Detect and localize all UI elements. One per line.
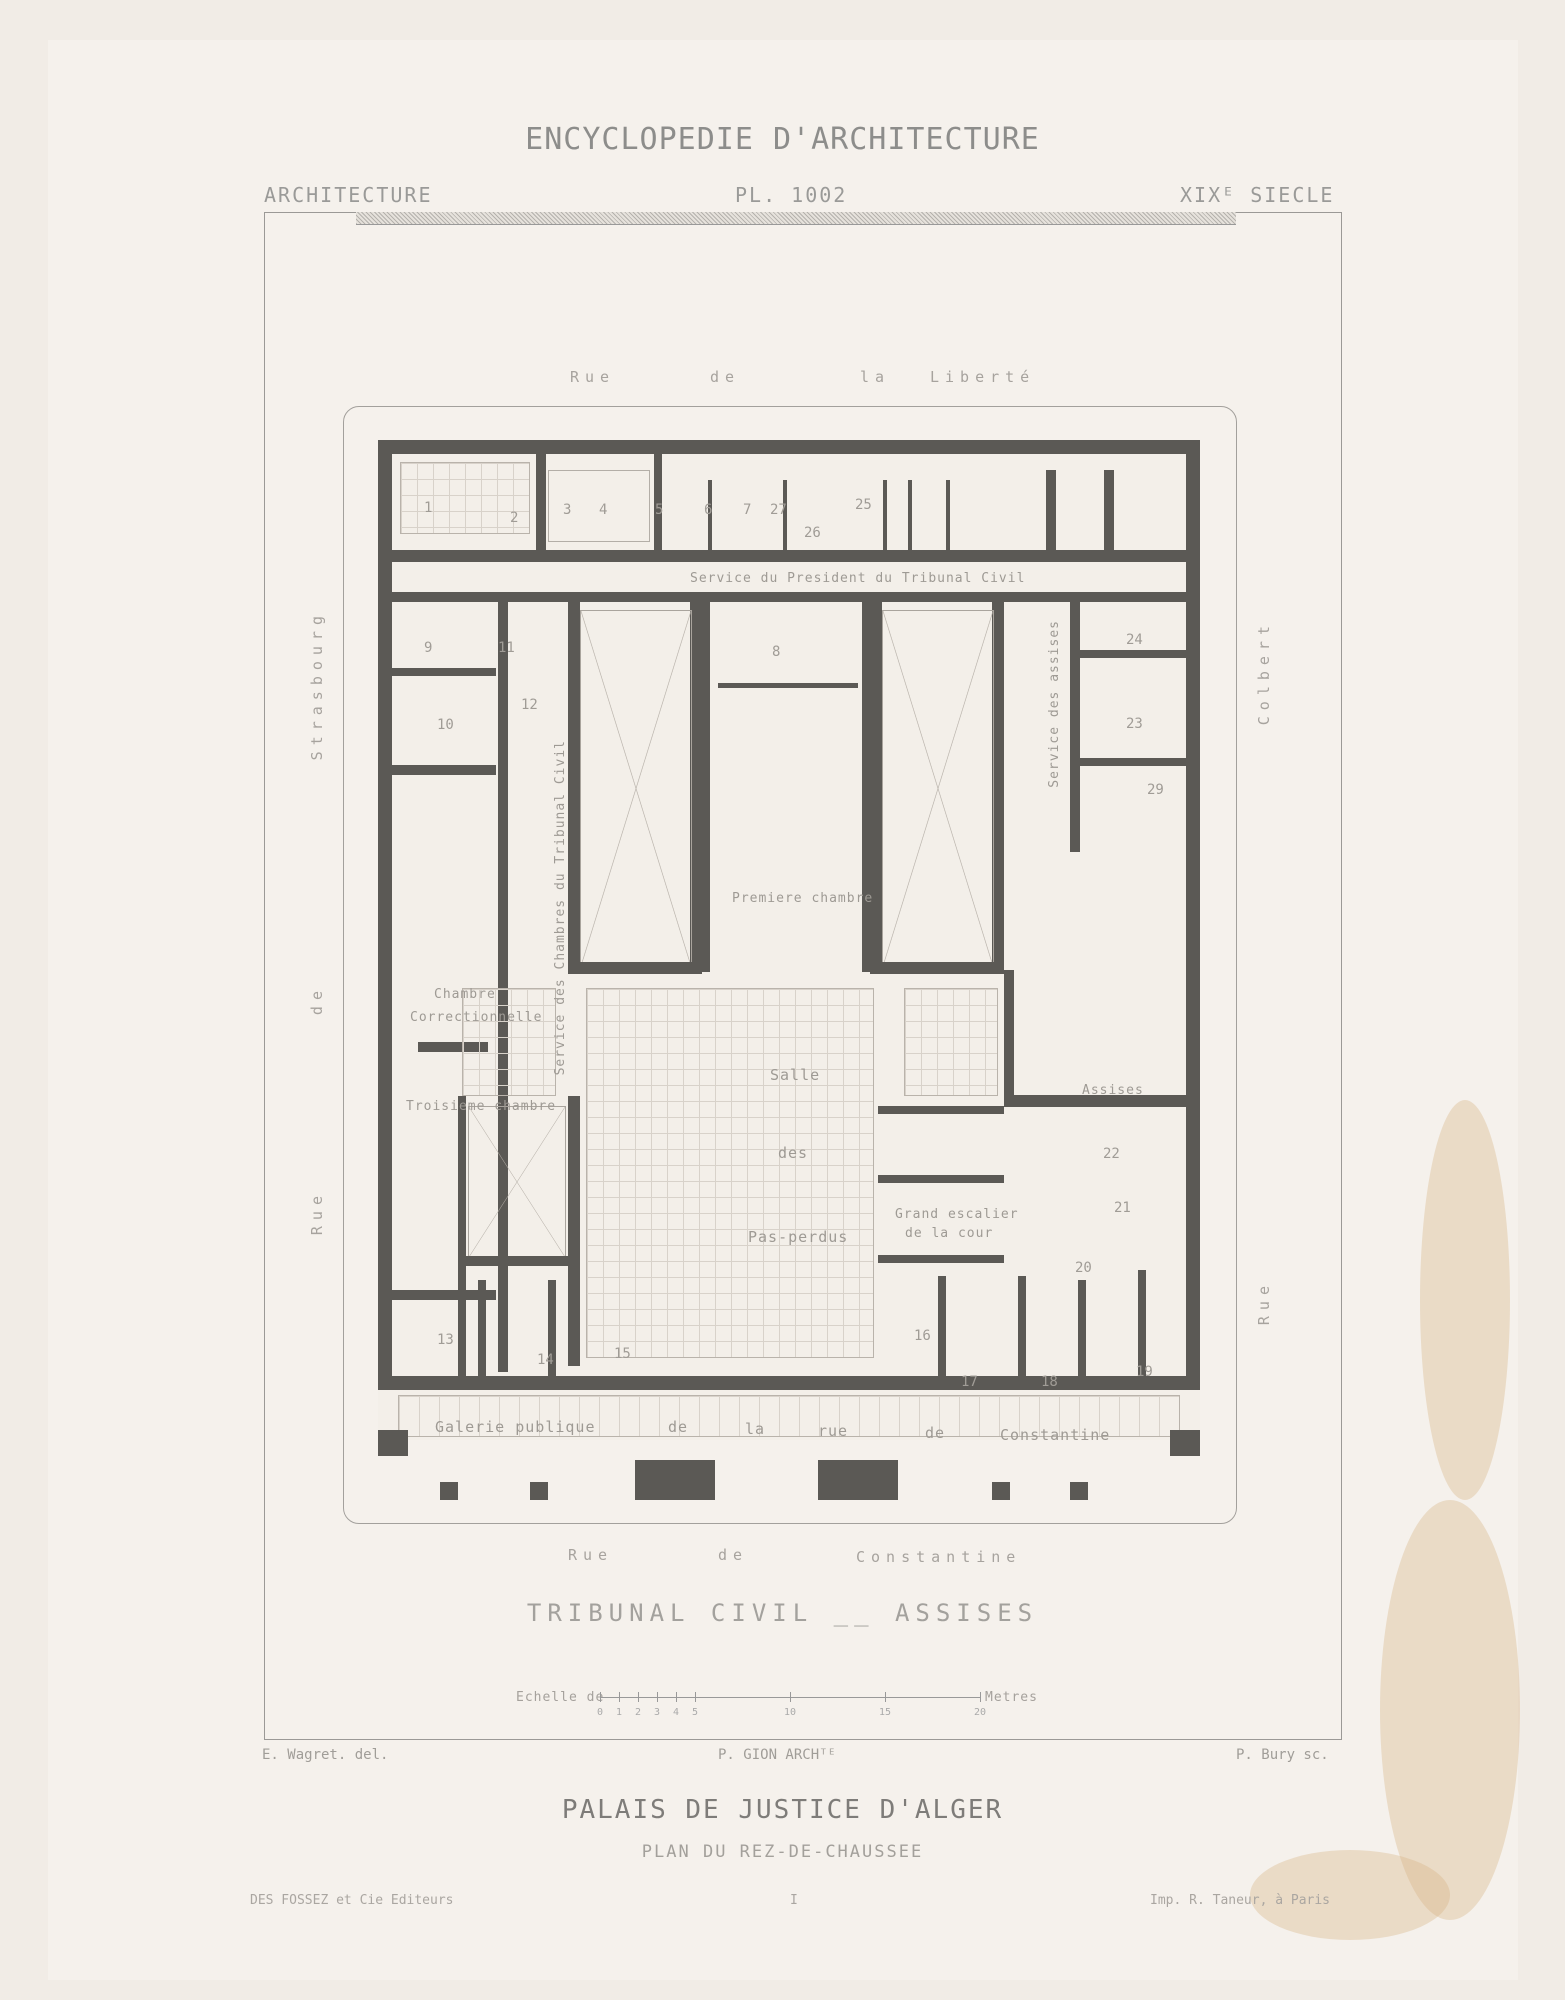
room-number: 17 [961, 1374, 978, 1390]
stair-label-1: Grand escalier [895, 1207, 1019, 1222]
room-number: 5 [655, 502, 663, 518]
room-number: 26 [804, 525, 821, 541]
room-number: 16 [914, 1328, 931, 1344]
room-number: 8 [772, 644, 780, 660]
gallery-label-3: la [745, 1420, 765, 1438]
printer: Imp. R. Taneur, à Paris [1150, 1893, 1330, 1908]
scale-tick: 4 [673, 1707, 679, 1718]
scale-tick: 1 [616, 1707, 622, 1718]
gallery-label-2: de [668, 1418, 688, 1436]
corridor-north-label: Service du President du Tribunal Civil [690, 571, 1025, 586]
credit-draftsman: E. Wagret. del. [262, 1747, 388, 1763]
room-number: 14 [537, 1352, 554, 1368]
street-south-3: Constantine [856, 1548, 1021, 1566]
gallery-label-5: de [925, 1424, 945, 1442]
porch-left [635, 1460, 715, 1500]
gallery-label-6: Constantine [1000, 1426, 1110, 1444]
scale-label: Echelle de [516, 1690, 604, 1705]
corridor-east-label: Service des assises [1047, 620, 1062, 788]
section-label: ARCHITECTURE [264, 183, 433, 207]
publication-title: ENCYCLOPEDIE D'ARCHITECTURE [0, 122, 1565, 157]
room-number: 12 [521, 697, 538, 713]
street-east-2: Colbert [1255, 620, 1273, 725]
porch-right [818, 1460, 898, 1500]
century-label: XIXᴱ SIECLE [1180, 183, 1334, 207]
room-number: 7 [743, 502, 751, 518]
street-north-4: Liberté [930, 368, 1035, 386]
stair-label-2: de la cour [905, 1226, 993, 1241]
room-number: 21 [1114, 1200, 1131, 1216]
room-assises: Assises [1082, 1083, 1144, 1098]
gallery-label-1: Galerie publique [435, 1418, 596, 1436]
street-west-1: Rue [308, 1190, 326, 1235]
room-number: 20 [1075, 1260, 1092, 1276]
room-number: 25 [855, 497, 872, 513]
street-south-1: Rue [568, 1546, 613, 1564]
sheet-mark: I [790, 1893, 798, 1908]
room-number: 22 [1103, 1146, 1120, 1162]
street-south-2: de [718, 1546, 748, 1564]
plan-title: PLAN DU REZ-DE-CHAUSSEE [0, 1842, 1565, 1862]
room-number: 29 [1147, 782, 1164, 798]
scale-tick: 5 [692, 1707, 698, 1718]
room-number: 1 [424, 500, 432, 516]
street-east-1: Rue [1255, 1280, 1273, 1325]
plan-subtitle: TRIBUNAL CIVIL __ ASSISES [0, 1599, 1565, 1627]
room-number: 6 [704, 502, 712, 518]
plate-number: PL. 1002 [735, 183, 847, 207]
hatched-band [356, 212, 1236, 225]
scale-tick: 0 [597, 1707, 603, 1718]
pier [1170, 1430, 1200, 1456]
salle-label-3: Pas-perdus [748, 1228, 848, 1246]
room-number: 15 [614, 1346, 631, 1362]
room-number: 18 [1041, 1374, 1058, 1390]
street-north-1: Rue [570, 368, 615, 386]
scale-tick: 3 [654, 1707, 660, 1718]
street-west-3: Strasbourg [308, 610, 326, 760]
pier [530, 1482, 548, 1500]
room-premiere-chambre: Premiere chambre [732, 891, 873, 906]
scale-bar: 0 1 2 3 4 5 10 15 20 [600, 1697, 980, 1698]
room-number: 9 [424, 640, 432, 656]
floor-plan [378, 440, 1200, 1440]
street-north-2: de [710, 368, 740, 386]
room-number: 11 [498, 640, 515, 656]
scale-tick: 20 [974, 1707, 986, 1718]
salle-label-1: Salle [770, 1066, 820, 1084]
scale-tick: 2 [635, 1707, 641, 1718]
salle-label-2: des [778, 1144, 808, 1162]
room-number: 3 [563, 502, 571, 518]
credit-architect: P. GION ARCHᵀᴱ [718, 1747, 836, 1763]
scale-tick: 15 [879, 1707, 891, 1718]
pier [378, 1430, 408, 1456]
main-title: PALAIS DE JUSTICE D'ALGER [0, 1795, 1565, 1825]
street-west-2: de [308, 985, 326, 1015]
room-number: 24 [1126, 632, 1143, 648]
room-number: 2 [510, 510, 518, 526]
pier [440, 1482, 458, 1500]
room-number: 19 [1136, 1364, 1153, 1380]
scale-unit: Metres [985, 1690, 1038, 1705]
scale-tick: 10 [784, 1707, 796, 1718]
room-number: 27 [770, 502, 787, 518]
room-number: 4 [599, 502, 607, 518]
corridor-west-label: Service des Chambres du Tribunal Civil [553, 740, 568, 1075]
pier [1070, 1482, 1088, 1500]
stain [1420, 1100, 1510, 1500]
room-troisieme-chambre: Troisieme chambre [406, 1099, 556, 1114]
room-number: 10 [437, 717, 454, 733]
pier [992, 1482, 1010, 1500]
room-number: 13 [437, 1332, 454, 1348]
room-chambre: Chambre [434, 987, 496, 1002]
room-number: 23 [1126, 716, 1143, 732]
room-correctionnelle: Correctionnelle [410, 1010, 542, 1025]
credit-engraver: P. Bury sc. [1236, 1747, 1329, 1763]
street-north-3: la [860, 368, 890, 386]
gallery-label-4: rue [818, 1422, 848, 1440]
publisher: DES FOSSEZ et Cie Editeurs [250, 1893, 454, 1908]
